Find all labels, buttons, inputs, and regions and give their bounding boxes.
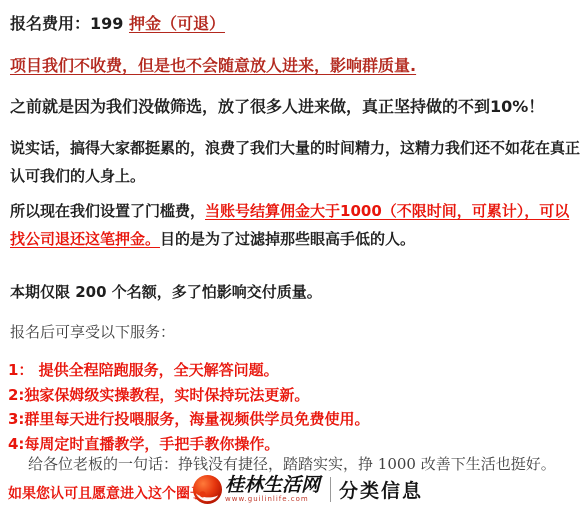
deposit-refund-link[interactable]: 押金（可退） bbox=[129, 14, 225, 33]
site-name: 桂林生活网 bbox=[225, 476, 320, 495]
site-url: www.guilinlife.com bbox=[225, 496, 320, 503]
tired-paragraph: 说实话，搞得大家都挺累的，浪费了我们大量的时间精力，这精力我们还不如花在真正认可… bbox=[10, 134, 584, 190]
page: 报名费用：199 押金（可退） 项目我们不收费，但是也不会随意放人进来，影响群质… bbox=[0, 0, 587, 511]
no-charge-line: 项目我们不收费，但是也不会随意放人进来，影响群质量. bbox=[10, 53, 416, 76]
fee-line: 报名费用：199 押金（可退） bbox=[10, 11, 225, 34]
history-line: 之前就是因为我们没做筛选，放了很多人进来做，真正坚持做的不到10%！ bbox=[10, 94, 544, 117]
guilinlife-logo-icon bbox=[192, 474, 223, 505]
watermark-divider bbox=[330, 477, 331, 502]
quota-line: 本期仅限 200 个名额，多了怕影响交付质量。 bbox=[10, 281, 322, 302]
service-item-2: 2:独家保姆级实操教程，实时保持玩法更新。 bbox=[8, 383, 369, 408]
site-category: 分类信息 bbox=[339, 476, 423, 503]
site-name-block: 桂林生活网 www.guilinlife.com bbox=[225, 476, 320, 503]
closing-line: 如果您认可且愿意进入这个圈子 bbox=[8, 483, 204, 503]
threshold-start: 所以现在我们设置了门槛费， bbox=[10, 202, 205, 220]
services-intro: 报名后可享受以下服务： bbox=[10, 321, 175, 342]
threshold-paragraph: 所以现在我们设置了门槛费，当账号结算佣金大于1000（不限时间，可累计），可以找… bbox=[10, 197, 584, 253]
services-list: 1： 提供全程陪跑服务，全天解答问题。 2:独家保姆级实操教程，实时保持玩法更新… bbox=[8, 358, 369, 456]
service-item-3: 3:群里每天进行投喂服务，海量视频供学员免费使用。 bbox=[8, 407, 369, 432]
site-watermark: 桂林生活网 www.guilinlife.com 分类信息 bbox=[192, 471, 423, 507]
service-item-1: 1： 提供全程陪跑服务，全天解答问题。 bbox=[8, 358, 369, 383]
threshold-end: 目的是为了过滤掉那些眼高手低的人。 bbox=[160, 230, 415, 248]
fee-label: 报名费用：199 bbox=[10, 14, 129, 33]
